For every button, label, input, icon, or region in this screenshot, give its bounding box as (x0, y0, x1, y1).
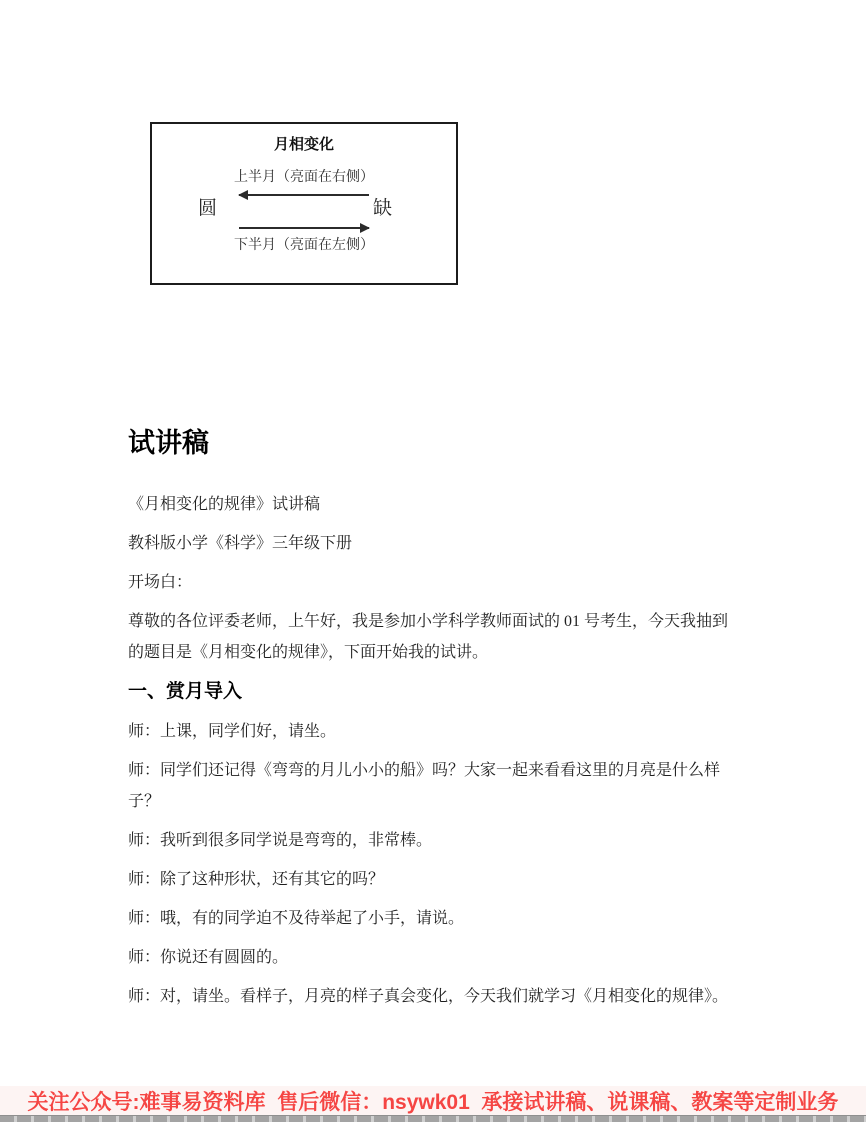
diagram-upper-label: 上半月（亮面在右侧） (152, 166, 456, 186)
document-page: 月相变化 上半月（亮面在右侧） 圆 缺 下半月（亮面在左侧） 试讲稿 《月相变化… (0, 0, 866, 1122)
opening-paragraph: 尊敬的各位评委老师，上午好，我是参加小学科学教师面试的 01 号考生，今天我抽到… (128, 606, 742, 668)
textbook-edition: 教科版小学《科学》三年级下册 (128, 528, 742, 559)
script-line: 师：同学们还记得《弯弯的月儿小小的船》吗？大家一起来看看这里的月亮是什么样子？ (128, 755, 742, 817)
diagram-title: 月相变化 (152, 133, 456, 154)
page-title: 试讲稿 (128, 424, 742, 462)
diagram-lower-label: 下半月（亮面在左侧） (152, 234, 456, 254)
section-heading: 一、赏月导入 (128, 676, 742, 707)
script-line: 师：对，请坐。看样子，月亮的样子真会变化，今天我们就学习《月相变化的规律》。 (128, 981, 742, 1012)
moon-phase-diagram: 月相变化 上半月（亮面在右侧） 圆 缺 下半月（亮面在左侧） (150, 122, 458, 285)
footer-banner-text: 关注公众号:难事易资料库 售后微信：nsywk01 承接试讲稿、说课稿、教案等定… (28, 1086, 839, 1116)
diagram-terms-row: 圆 缺 (152, 197, 456, 221)
opening-label: 开场白： (128, 567, 742, 598)
left-arrow-icon (239, 194, 369, 196)
right-arrow-icon (239, 227, 369, 229)
footer-banner: 关注公众号:难事易资料库 售后微信：nsywk01 承接试讲稿、说课稿、教案等定… (0, 1086, 866, 1115)
script-line: 师：除了这种形状，还有其它的吗？ (128, 864, 742, 895)
script-line: 师：哦，有的同学迫不及待举起了小手，请说。 (128, 903, 742, 934)
script-line: 师：你说还有圆圆的。 (128, 942, 742, 973)
diagram-left-term: 圆 (198, 197, 217, 221)
script-line: 师：上课，同学们好，请坐。 (128, 716, 742, 747)
script-line: 师：我听到很多同学说是弯弯的，非常棒。 (128, 825, 742, 856)
horizontal-scrollbar[interactable] (0, 1115, 866, 1122)
diagram-right-term: 缺 (373, 197, 392, 221)
lecture-script: 试讲稿 《月相变化的规律》试讲稿 教科版小学《科学》三年级下册 开场白： 尊敬的… (128, 424, 742, 1020)
script-subtitle: 《月相变化的规律》试讲稿 (128, 489, 742, 520)
